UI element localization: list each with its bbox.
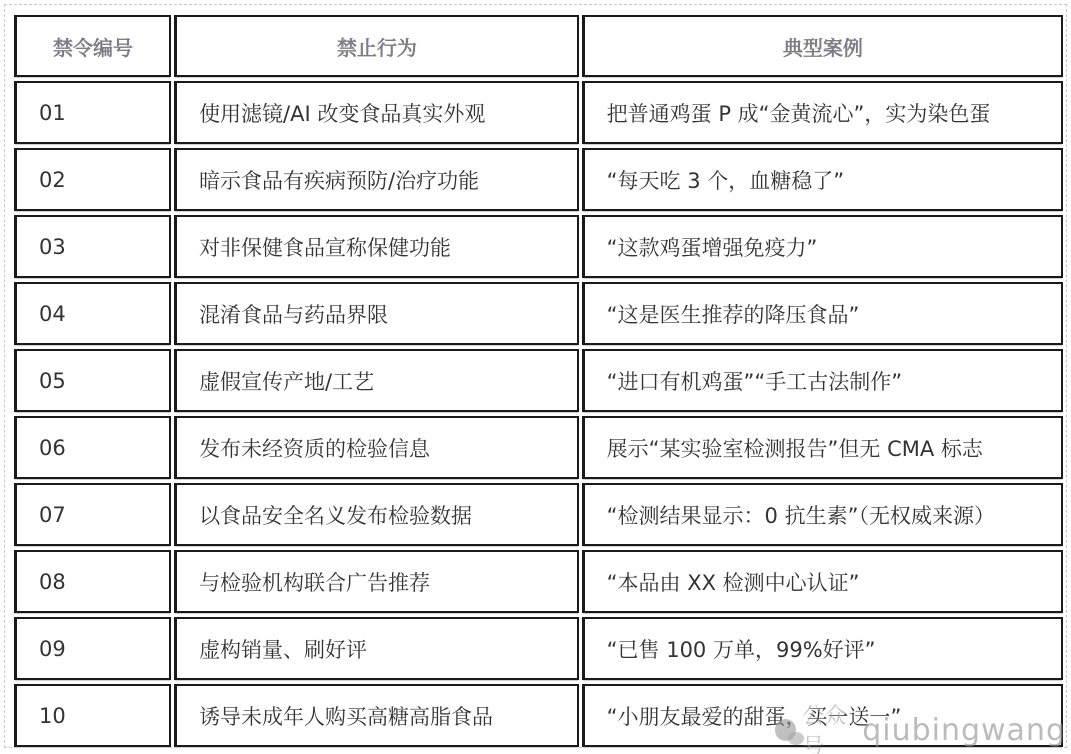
row-example: “这是医生推荐的降压食品” [582,282,1063,345]
row-example: “小朋友最爱的甜蛋，买一送一” [582,684,1063,747]
row-number: 04 [14,282,171,345]
table-row: 07 以食品安全名义发布检验数据 “检测结果显示：0 抗生素”（无权威来源） [14,483,1063,546]
row-example: “每天吃 3 个，血糖稳了” [582,148,1063,211]
row-behavior: 诱导未成年人购买高糖高脂食品 [174,684,579,747]
header-typical-case: 典型案例 [582,15,1063,77]
row-behavior: 对非保健食品宣称保健功能 [174,215,579,278]
table-row: 08 与检验机构联合广告推荐 “本品由 XX 检测中心认证” [14,550,1063,613]
row-behavior: 暗示食品有疾病预防/治疗功能 [174,148,579,211]
row-number: 09 [14,617,171,680]
row-number: 07 [14,483,171,546]
row-number: 10 [14,684,171,747]
row-behavior: 虚假宣传产地/工艺 [174,349,579,412]
header-prohibited-behavior: 禁止行为 [174,15,579,77]
table-header-row: 禁令编号 禁止行为 典型案例 [14,15,1063,77]
row-example: 把普通鸡蛋 P 成“金黄流心”，实为染色蛋 [582,81,1063,144]
row-number: 03 [14,215,171,278]
table-row: 04 混淆食品与药品界限 “这是医生推荐的降压食品” [14,282,1063,345]
row-behavior: 虚构销量、刷好评 [174,617,579,680]
row-behavior: 混淆食品与药品界限 [174,282,579,345]
document-page: 禁令编号 禁止行为 典型案例 01 使用滤镜/AI 改变食品真实外观 把普通鸡蛋… [4,4,1067,748]
row-behavior: 使用滤镜/AI 改变食品真实外观 [174,81,579,144]
table-row: 10 诱导未成年人购买高糖高脂食品 “小朋友最爱的甜蛋，买一送一” [14,684,1063,747]
table-row: 06 发布未经资质的检验信息 展示“某实验室检测报告”但无 CMA 标志 [14,416,1063,479]
header-prohibition-number: 禁令编号 [14,15,171,77]
table-row: 03 对非保健食品宣称保健功能 “这款鸡蛋增强免疫力” [14,215,1063,278]
row-behavior: 发布未经资质的检验信息 [174,416,579,479]
row-example: “本品由 XX 检测中心认证” [582,550,1063,613]
row-example: “进口有机鸡蛋”“手工古法制作” [582,349,1063,412]
table-row: 01 使用滤镜/AI 改变食品真实外观 把普通鸡蛋 P 成“金黄流心”，实为染色… [14,81,1063,144]
row-behavior: 以食品安全名义发布检验数据 [174,483,579,546]
row-example: “已售 100 万单，99%好评” [582,617,1063,680]
row-number: 05 [14,349,171,412]
row-number: 06 [14,416,171,479]
table-row: 02 暗示食品有疾病预防/治疗功能 “每天吃 3 个，血糖稳了” [14,148,1063,211]
row-example: 展示“某实验室检测报告”但无 CMA 标志 [582,416,1063,479]
row-example: “检测结果显示：0 抗生素”（无权威来源） [582,483,1063,546]
table-row: 09 虚构销量、刷好评 “已售 100 万单，99%好评” [14,617,1063,680]
prohibition-table: 禁令编号 禁止行为 典型案例 01 使用滤镜/AI 改变食品真实外观 把普通鸡蛋… [11,11,1066,751]
row-behavior: 与检验机构联合广告推荐 [174,550,579,613]
row-number: 08 [14,550,171,613]
row-number: 02 [14,148,171,211]
row-example: “这款鸡蛋增强免疫力” [582,215,1063,278]
table-row: 05 虚假宣传产地/工艺 “进口有机鸡蛋”“手工古法制作” [14,349,1063,412]
row-number: 01 [14,81,171,144]
